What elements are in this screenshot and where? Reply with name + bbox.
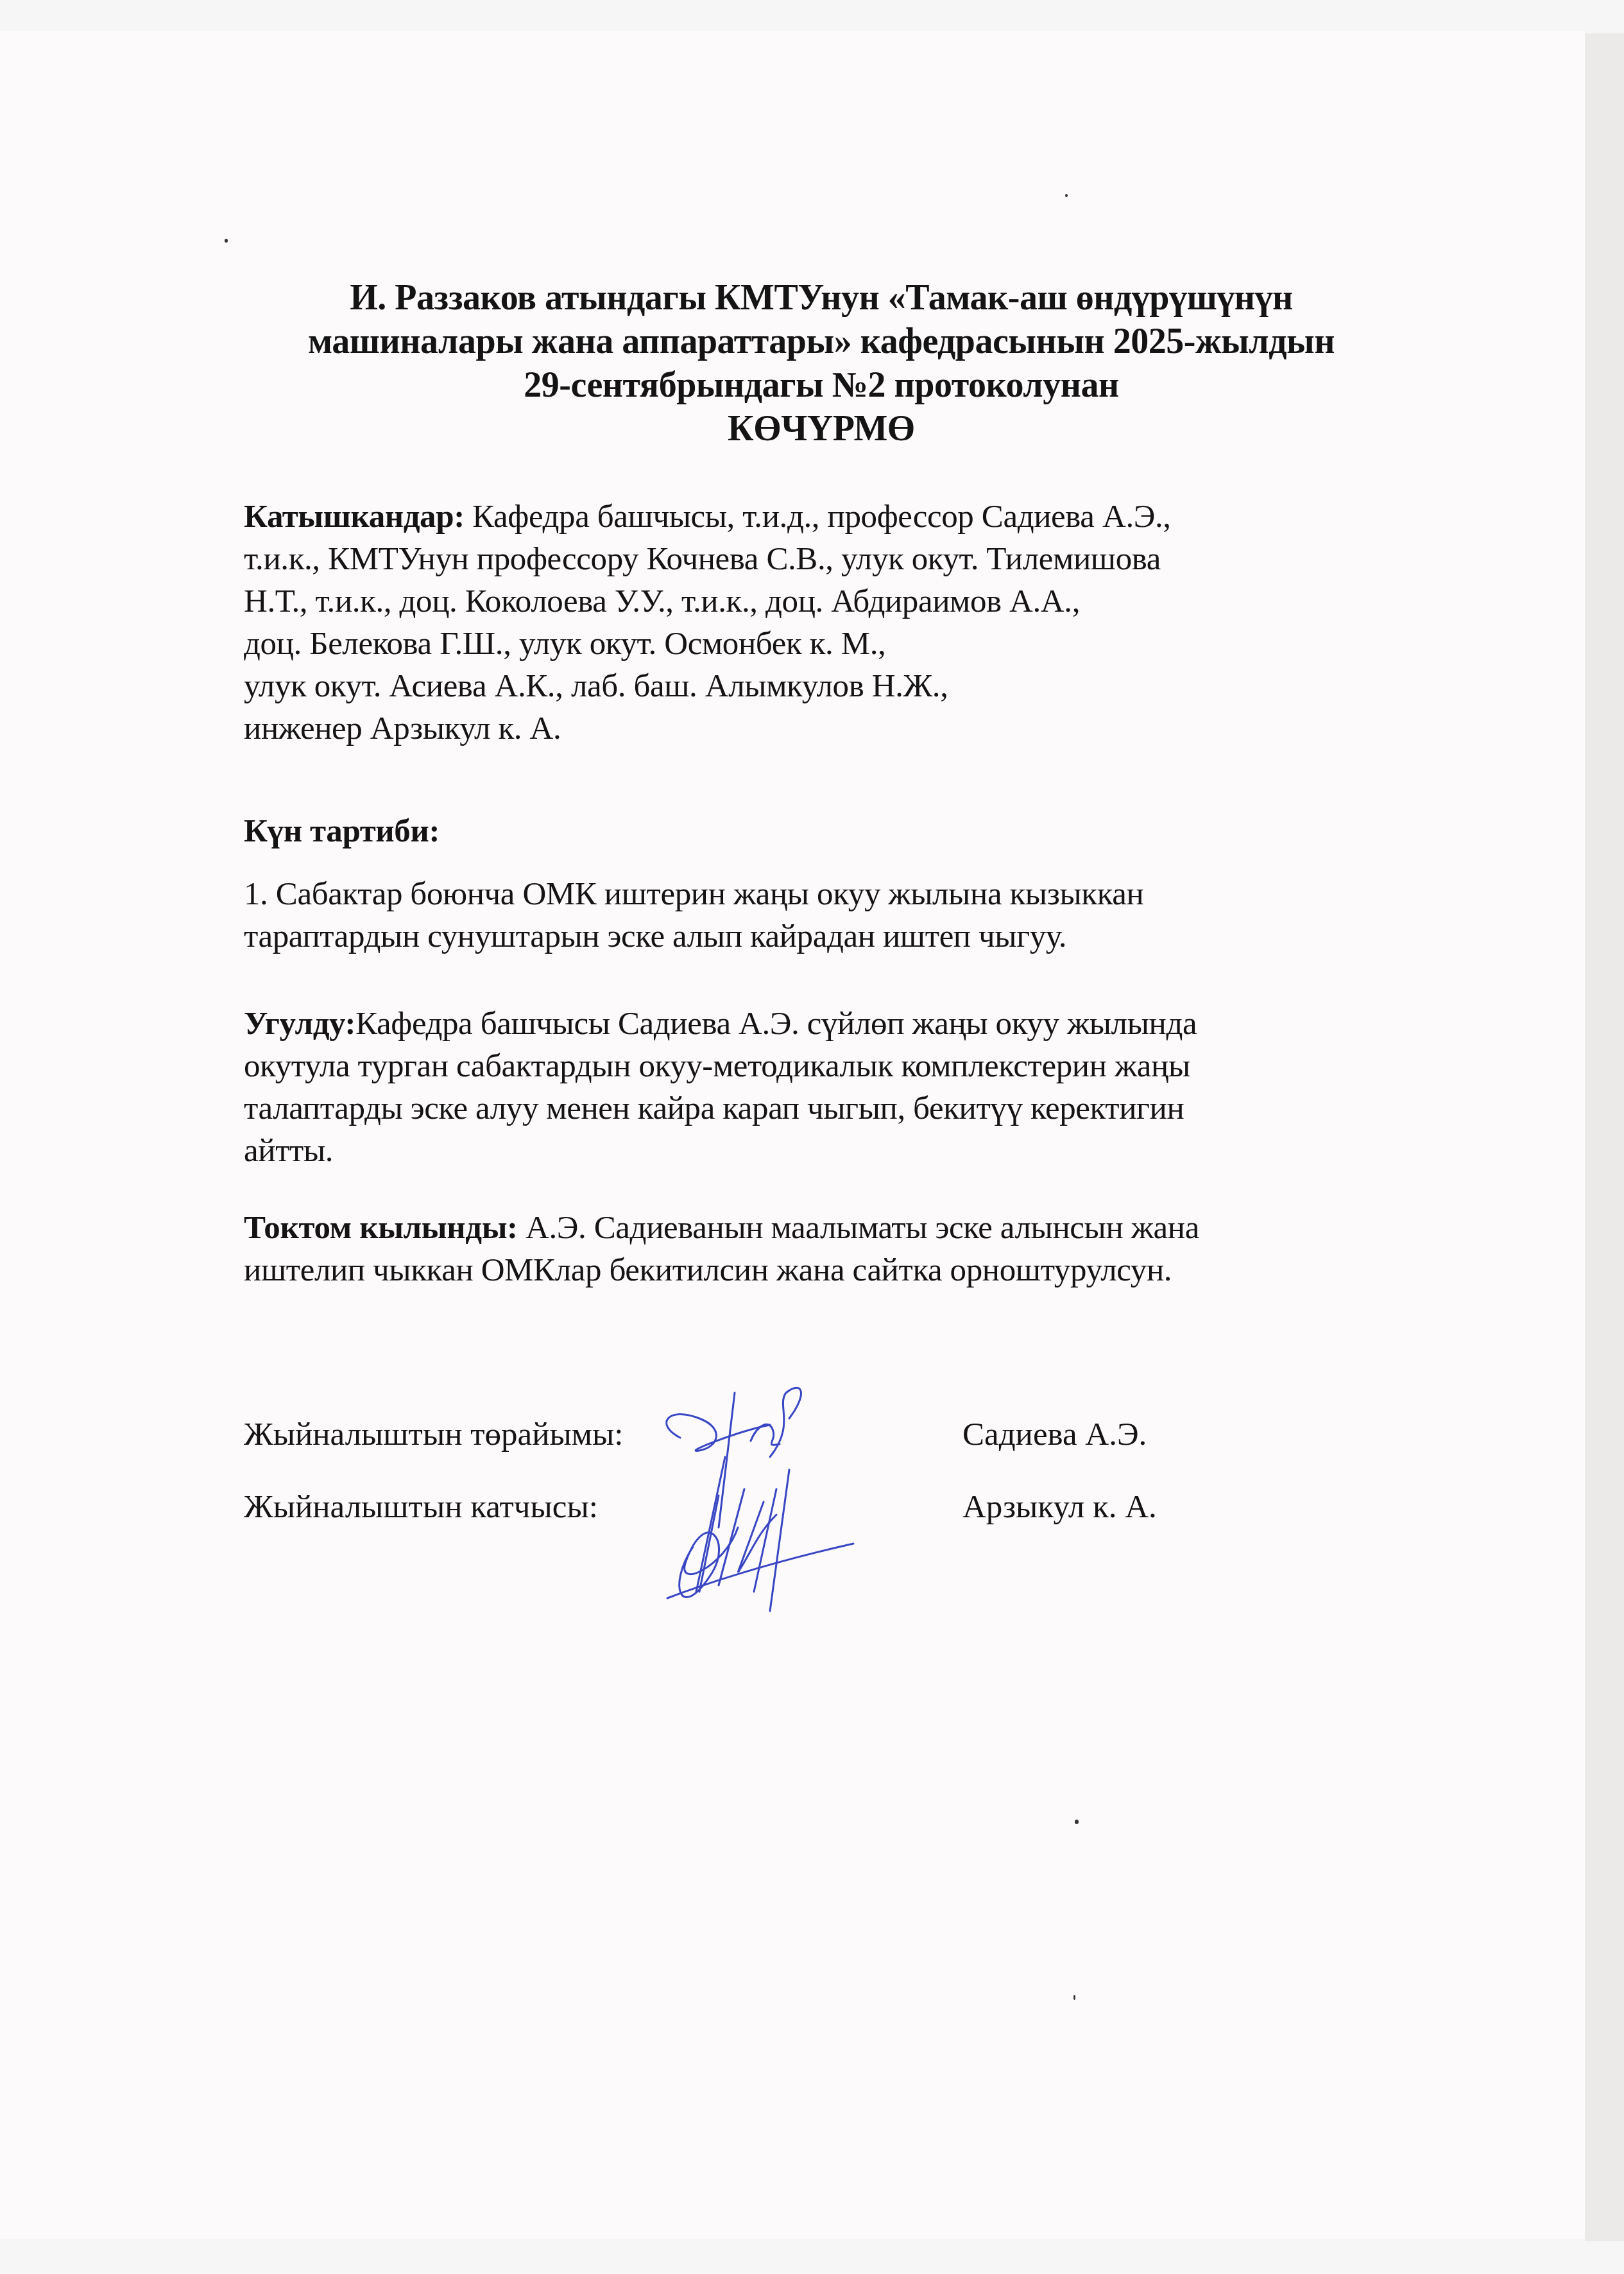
agenda-item: тараптардын сунуштарын эске алып кайрада…	[244, 915, 1373, 958]
participants-text: Кафедра башчысы, т.и.д., профессор Садие…	[465, 499, 1171, 535]
decision-text: А.Э. Садиеванын маалыматы эске алынсын ж…	[518, 1210, 1199, 1246]
scan-speck	[225, 239, 228, 243]
signature-name: Садиева А.Э.	[962, 1413, 1147, 1456]
heard-text: айтты.	[244, 1130, 1373, 1172]
participants-text: т.и.к., КМТУнун профессору Кочнева С.В.,…	[244, 538, 1373, 580]
participants-text: Н.Т., т.и.к., доц. Коколоева У.У., т.и.к…	[244, 580, 1373, 623]
title-line: машиналары жана аппараттары» кафедрасыны…	[244, 320, 1399, 363]
decision-section: Токтом кылынды: А.Э. Садиеванын маалымат…	[244, 1207, 1373, 1291]
scan-speck	[1065, 194, 1068, 197]
handwritten-signature-icon	[642, 1380, 937, 1624]
scanner-edge	[1585, 33, 1624, 2241]
signature-name: Арзыкул к. А.	[962, 1486, 1157, 1528]
title-line: 29-сентябрындагы №2 протоколунан	[244, 363, 1399, 407]
document-heading-copy: КӨЧҮРМӨ	[244, 407, 1399, 451]
agenda-item: 1. Сабактар боюнча ОМК иштерин жаңы окуу…	[244, 873, 1373, 915]
decision-label: Токтом кылынды:	[244, 1210, 518, 1246]
agenda-section: 1. Сабактар боюнча ОМК иштерин жаңы окуу…	[244, 873, 1373, 958]
signature-role: Жыйналыштын төрайымы:	[244, 1413, 623, 1456]
decision-text: иштелип чыккан ОМКлар бекитилсин жана са…	[244, 1249, 1373, 1291]
agenda-label: Күн тартиби:	[244, 810, 1373, 852]
participants-text: доц. Белекова Г.Ш., улук окут. Осмонбек …	[244, 623, 1373, 665]
heard-section: Угулду:Кафедра башчысы Садиева А.Э. сүйл…	[244, 1003, 1373, 1172]
heard-text: Кафедра башчысы Садиева А.Э. сүйлөп жаңы…	[355, 1006, 1197, 1042]
signature-role: Жыйналыштын катчысы:	[244, 1486, 598, 1528]
heard-text: окутула турган сабактардын окуу-методика…	[244, 1045, 1373, 1087]
scan-speck	[1075, 1820, 1079, 1824]
scan-speck	[1073, 1995, 1075, 2000]
document-title: И. Раззаков атындагы КМТУнун «Тамак-аш ө…	[244, 276, 1399, 451]
heard-label: Угулду:	[244, 1006, 355, 1042]
heard-text: талаптарды эске алуу менен кайра карап ч…	[244, 1087, 1373, 1130]
participants-label: Катышкандар:	[244, 499, 465, 535]
participants-text: улук окут. Асиева А.К., лаб. баш. Алымку…	[244, 665, 1373, 707]
participants-text: инженер Арзыкул к. А.	[244, 707, 1373, 750]
participants-section: Катышкандар: Кафедра башчысы, т.и.д., пр…	[244, 495, 1373, 750]
title-line: И. Раззаков атындагы КМТУнун «Тамак-аш ө…	[244, 276, 1399, 320]
